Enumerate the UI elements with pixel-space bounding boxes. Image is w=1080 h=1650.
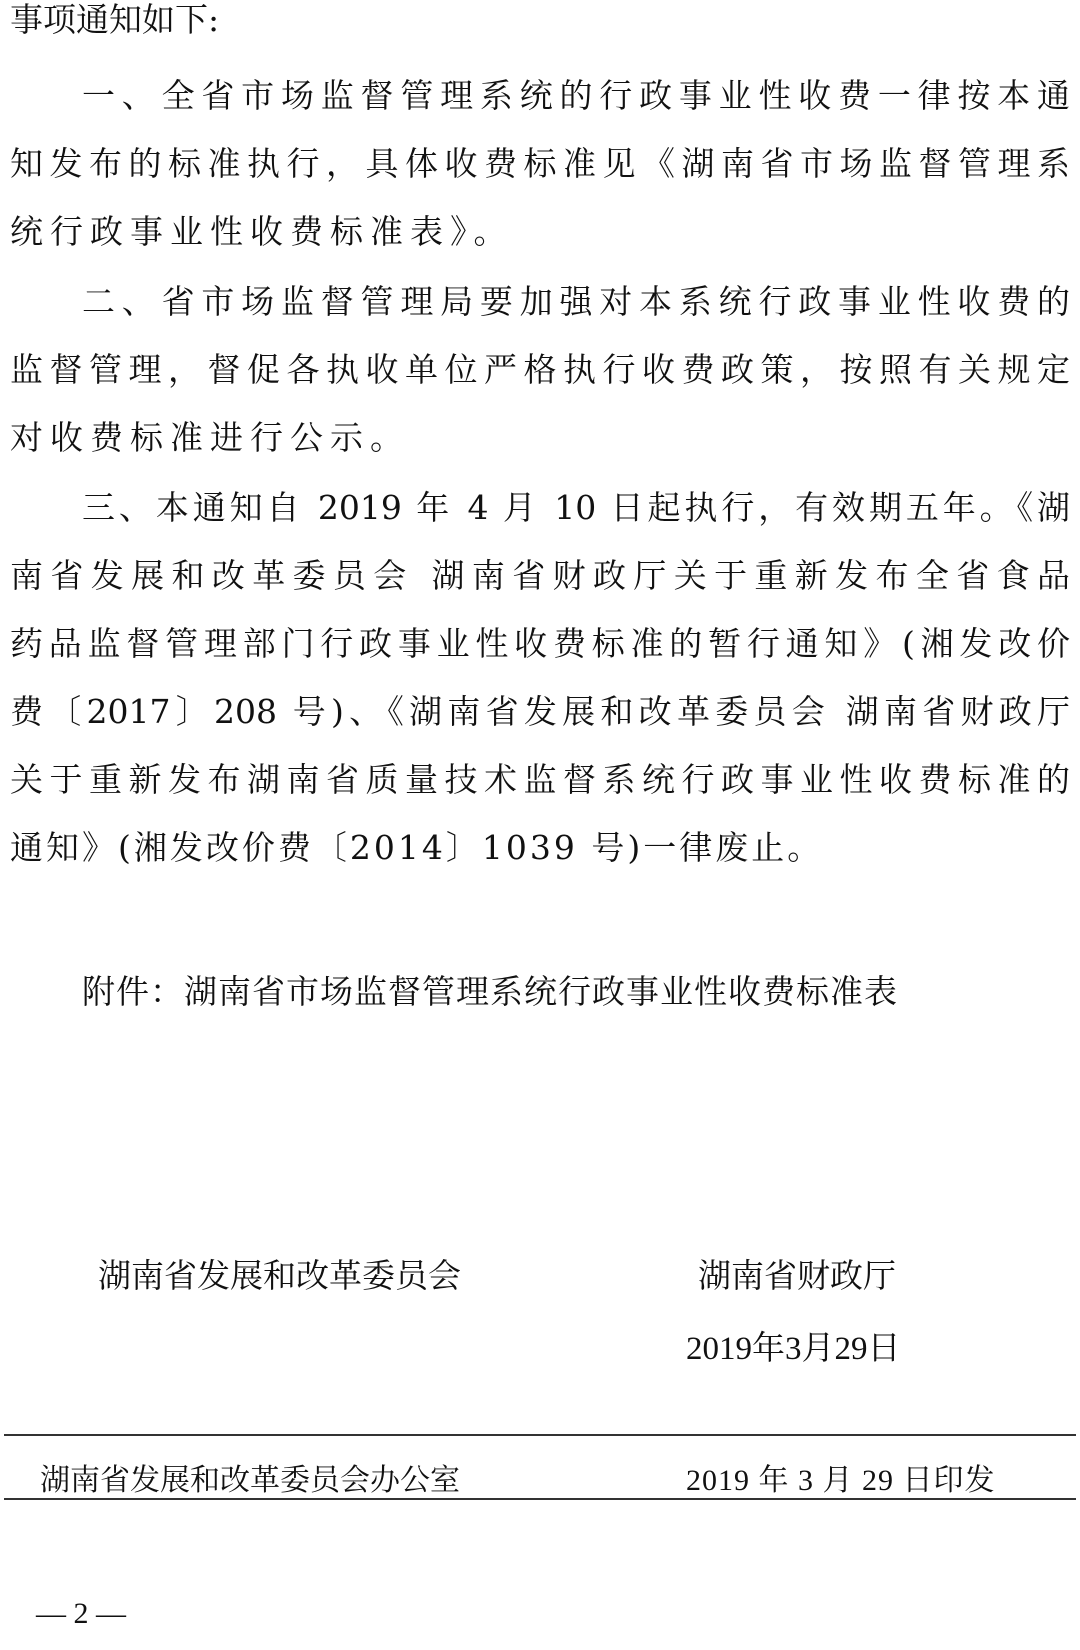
signature-org-right: 湖南省财政厅 [698, 1250, 896, 1297]
paragraph-3-line-2: 南省发展和改革委员会 湖南省财政厅关于重新发布全省食品 [10, 556, 1070, 596]
attachment-line: 附件：湖南省市场监督管理系统行政事业性收费标准表 [82, 966, 898, 1013]
paragraph-2-line-3: 对收费标准进行公示。 [10, 418, 410, 458]
page-number: — 2 — [36, 1597, 126, 1631]
footer-bottom-rule [4, 1498, 1076, 1500]
paragraph-3-line-4: 费〔2017〕208 号)、《湖南省发展和改革委员会 湖南省财政厅 [10, 692, 1070, 732]
paragraph-3-line-6: 通知》(湘发改价费〔2014〕1039 号)一律废止。 [10, 828, 823, 868]
signature-date: 2019年3月29日 [686, 1322, 901, 1369]
signature-org-left: 湖南省发展和改革委员会 [98, 1250, 461, 1297]
paragraph-1-line-3: 统行政事业性收费标准表》。 [10, 212, 514, 252]
footer-issuer: 湖南省发展和改革委员会办公室 [40, 1455, 460, 1499]
paragraph-1-line-1: 一、全省市场监督管理系统的行政事业性收费一律按本通 [82, 76, 1070, 116]
paragraph-2-line-1: 二、省市场监督管理局要加强对本系统行政事业性收费的 [82, 282, 1070, 322]
paragraph-3-line-5: 关于重新发布湖南省质量技术监督系统行政事业性收费标准的 [10, 760, 1070, 800]
footer-top-rule [4, 1434, 1076, 1436]
paragraph-3-line-3: 药品监督管理部门行政事业性收费标准的暂行通知》(湘发改价 [10, 624, 1070, 664]
intro-line: 事项通知如下: [10, 0, 219, 40]
paragraph-1-line-2: 知发布的标准执行，具体收费标准见《湖南省市场监督管理系 [10, 144, 1070, 184]
footer-issue-date: 2019 年 3 月 29 日印发 [686, 1455, 996, 1499]
paragraph-2-line-2: 监督管理，督促各执收单位严格执行收费政策，按照有关规定 [10, 350, 1070, 390]
paragraph-3-line-1: 三、本通知自 2019 年 4 月 10 日起执行，有效期五年。《湖 [82, 488, 1070, 528]
